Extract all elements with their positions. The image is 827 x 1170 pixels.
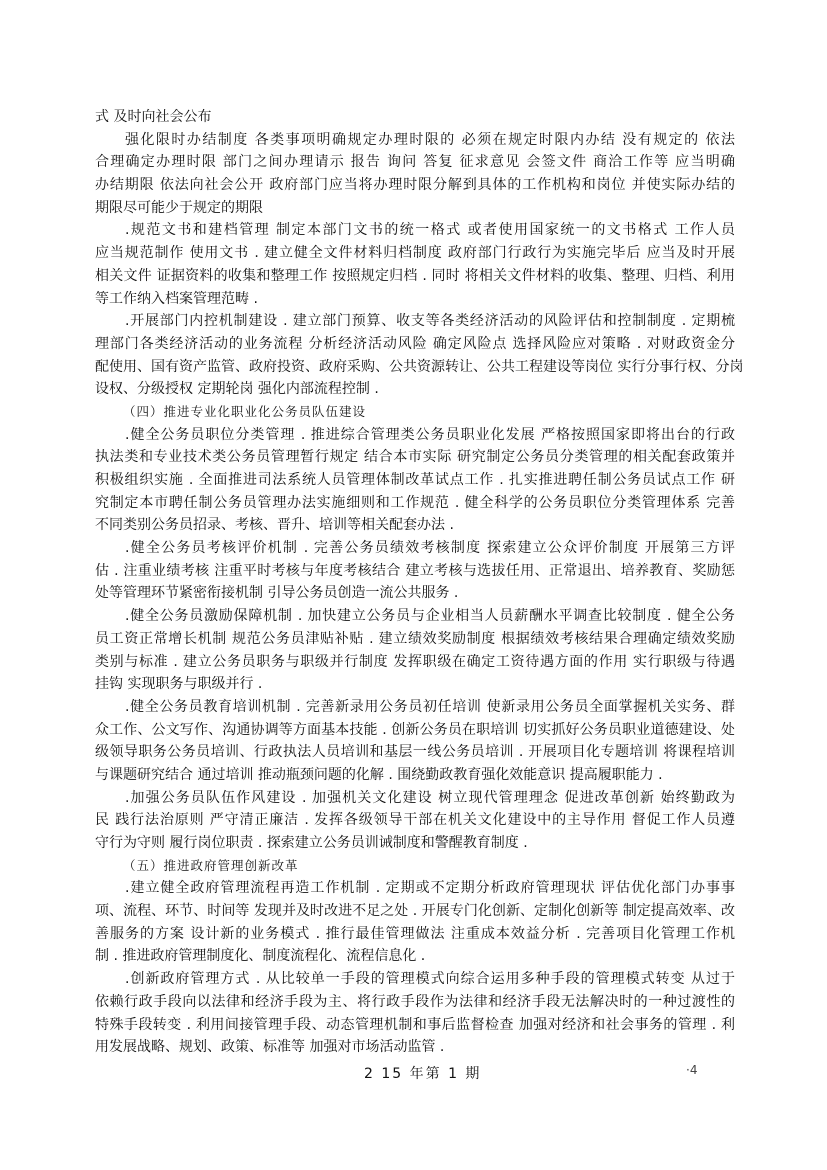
paragraph-line: 应当规范制作 使用文书 . 建立健全文件材料归档制度 政府部门行政行为实施完毕后… <box>95 242 735 265</box>
paragraph-line: 民 践行法治原则 严守清正廉洁 . 发挥各级领导干部在机关文化建设中的主导作用 … <box>95 809 735 832</box>
issue-label: 2 15 年第 1 期 <box>364 1063 481 1083</box>
paragraph-line: 处等管理环节紧密衔接机制 引导公务员创造一流公共服务 . <box>95 582 735 605</box>
paragraph-first-line: .创新政府管理方式 . 从比较单一手段的管理模式向综合运用多种手段的管理模式转变… <box>95 968 735 991</box>
paragraph-first-line: .健全公务员职位分类管理 . 推进综合管理类公务员职业化发展 严格按照国家即将出… <box>95 424 735 447</box>
paragraph-line: 特殊手段转变 . 利用间接管理手段、动态管理机制和事后监督检查 加强对经济和社会… <box>95 1014 735 1037</box>
paragraph-line: 相关文件 证据资料的收集和整理工作 按照规定归档 . 同时 将相关文件材料的收集… <box>95 265 735 288</box>
paragraph-first-line: .健全公务员教育培训机制 . 完善新录用公务员初任培训 使新录用公务员全面掌握机… <box>95 696 735 719</box>
paragraph-line: 众工作、公文写作、沟通协调等方面基本技能 . 创新公务员在职培训 切实抓好公务员… <box>95 719 735 742</box>
paragraph-line: 项、流程、环节、时间等 发现并及时改进不足之处 . 开展专门化创新、定制化创新等… <box>95 900 735 923</box>
paragraph-line: 期限尽可能少于规定的期限 <box>95 197 735 220</box>
paragraph-first-line: .开展部门内控机制建设 . 建立部门预算、收支等各类经济活动的风险评估和控制制度… <box>95 310 735 333</box>
paragraph-line: 配使用、国有资产监管、政府投资、政府采购、公共资源转让、公共工程建设等岗位 实行… <box>95 356 735 379</box>
paragraph-line: 估 . 注重业绩考核 注重平时考核与年度考核结合 建立考核与选拔任用、正常退出、… <box>95 560 735 583</box>
paragraph-line: 守行为守则 履行岗位职责 . 探索建立公务员训诫制度和警醒教育制度 . <box>95 832 735 855</box>
paragraph-line: 不同类别公务员招录、考核、晋升、培训等相关配套办法 . <box>95 514 735 537</box>
section-heading: （四）推进专业化职业化公务员队伍建设 <box>95 401 735 424</box>
paragraph-line: 善服务的方案 设计新的业务模式 . 推行最佳管理做法 注重成本效益分析 . 完善… <box>95 923 735 946</box>
document-body: 式 及时向社会公布强化限时办结制度 各类事项明确规定办理时限的 必须在规定时限内… <box>95 106 735 1059</box>
paragraph-first-line: 强化限时办结制度 各类事项明确规定办理时限的 必须在规定时限内办结 没有规定的 … <box>95 129 735 152</box>
paragraph-first-line: .规范文书和建档管理 制定本部门文书的统一格式 或者使用国家统一的文书格式 工作… <box>95 219 735 242</box>
paragraph-line: 究制定本市聘任制公务员管理办法实施细则和工作规范 . 健全科学的公务员职位分类管… <box>95 492 735 515</box>
paragraph-line: 挂钩 实现职务与职级并行 . <box>95 673 735 696</box>
paragraph-line: 执法类和专业技术类公务员管理暂行规定 结合本市实际 研究制定公务员分类管理的相关… <box>95 446 735 469</box>
paragraph-first-line: .健全公务员激励保障机制 . 加快建立公务员与企业相当人员薪酬水平调查比较制度 … <box>95 605 735 628</box>
paragraph-line: 积极组织实施 . 全面推进司法系统人员管理体制改革试点工作 . 扎实推进聘任制公… <box>95 469 735 492</box>
paragraph-line: 理部门各类经济活动的业务流程 分析经济活动风险 确定风险点 选择风险应对策略 .… <box>95 333 735 356</box>
paragraph-first-line: .建立健全政府管理流程再造工作机制 . 定期或不定期分析政府管理现状 评估优化部… <box>95 877 735 900</box>
paragraph-line: 级领导职务公务员培训、行政执法人员培训和基层一线公务员培训 . 开展项目化专题培… <box>95 741 735 764</box>
paragraph-line: 类别与标准 . 建立公务员职务与职级并行制度 发挥职级在确定工资待遇方面的作用 … <box>95 651 735 674</box>
paragraph-line: 依赖行政手段向以法律和经济手段为主、将行政手段作为法律和经济手段无法解决时的一种… <box>95 991 735 1014</box>
paragraph-line: 员工资正常增长机制 规范公务员津贴补贴 . 建立绩效奖励制度 根据绩效考核结果合… <box>95 628 735 651</box>
paragraph-line: 等工作纳入档案管理范畴 . <box>95 288 735 311</box>
paragraph-line: 办结期限 依法向社会公开 政府部门应当将办理时限分解到具体的工作机构和岗位 并使… <box>95 174 735 197</box>
page-footer: 2 15 年第 1 期 ·4 <box>0 1063 827 1085</box>
section-heading: （五）推进政府管理创新改革 <box>95 855 735 878</box>
paragraph-line: 用发展战略、规划、政策、标准等 加强对市场活动监管 . <box>95 1036 735 1059</box>
paragraph-first-line: .健全公务员考核评价机制 . 完善公务员绩效考核制度 探索建立公众评价制度 开展… <box>95 537 735 560</box>
paragraph-line: 制 . 推进政府管理制度化、制度流程化、流程信息化 . <box>95 945 735 968</box>
paragraph-line: 与课题研究结合 通过培训 推动瓶颈问题的化解 . 围绕勤政教育强化效能意识 提高… <box>95 764 735 787</box>
page-number: ·4 <box>686 1063 697 1077</box>
paragraph-line: 合理确定办理时限 部门之间办理请示 报告 询问 答复 征求意见 会签文件 商洽工… <box>95 151 735 174</box>
paragraph-line: 式 及时向社会公布 <box>95 106 735 129</box>
paragraph-first-line: .加强公务员队伍作风建设 . 加强机关文化建设 树立现代管理理念 促进改革创新 … <box>95 787 735 810</box>
paragraph-line: 设权、分级授权 定期轮岗 强化内部流程控制 . <box>95 378 735 401</box>
